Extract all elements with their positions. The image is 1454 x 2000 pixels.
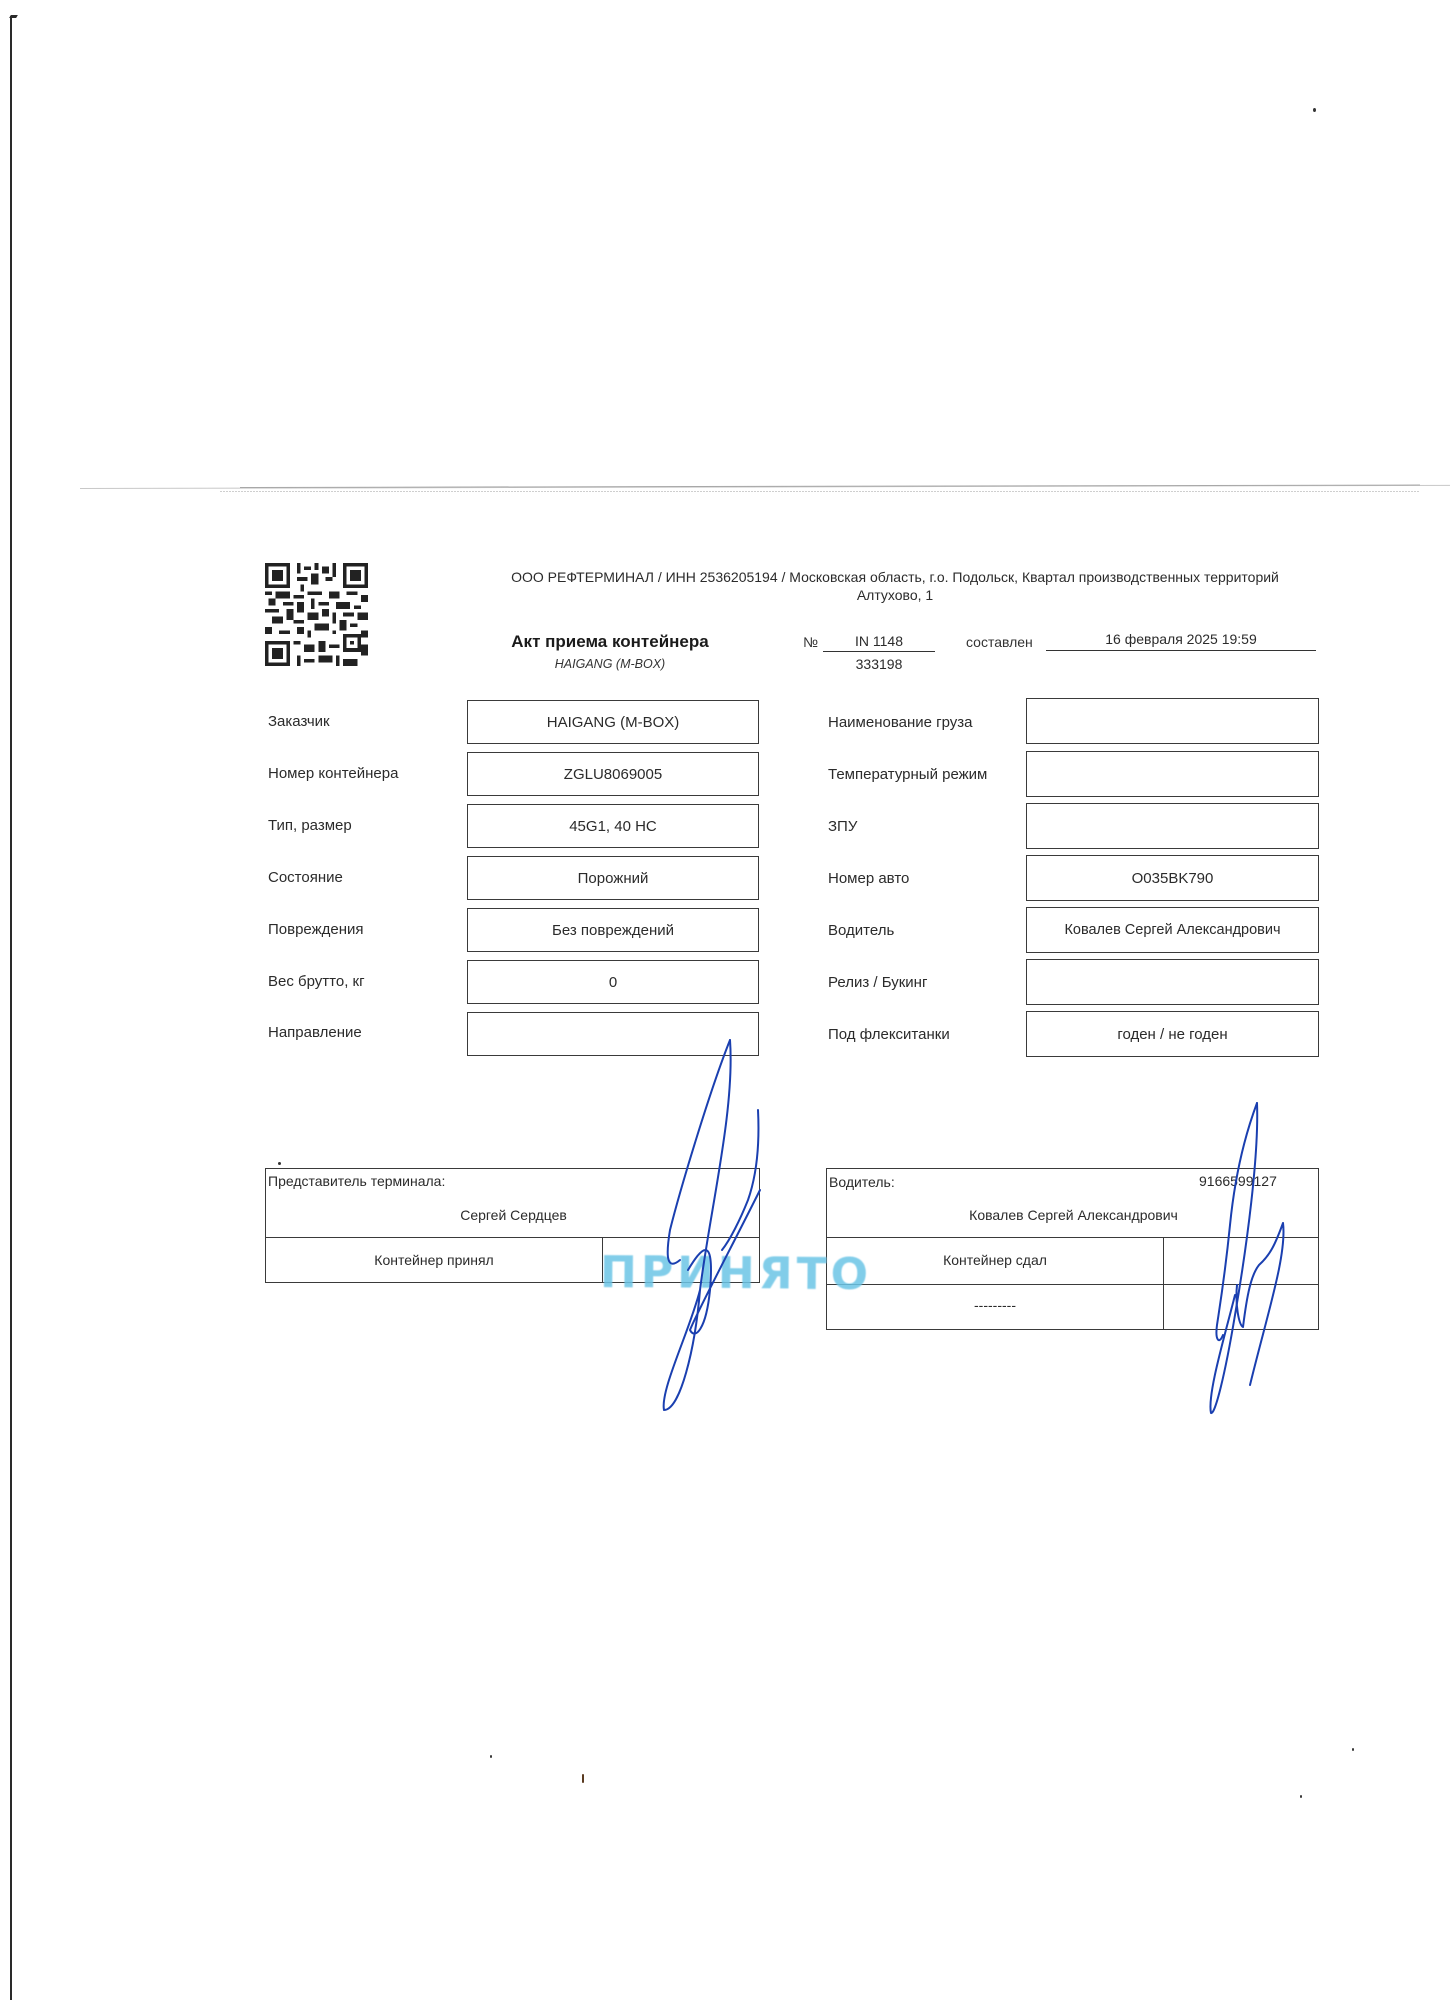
driver-extra-row: --------- xyxy=(827,1284,1318,1329)
organization-header: ООО РЕФТЕРМИНАЛ / ИНН 2536205194 / Моско… xyxy=(455,568,1335,604)
field-value-direction xyxy=(467,1012,759,1056)
cell-divider xyxy=(1163,1285,1164,1329)
field-value-temperature xyxy=(1026,751,1319,797)
field-label-seal: ЗПУ xyxy=(828,818,857,835)
driver-action-label: Контейнер сдал xyxy=(827,1252,1163,1268)
terminal-representative-name: Сергей Сердцев xyxy=(266,1207,761,1223)
field-value-damage: Без повреждений xyxy=(467,908,759,952)
document-subtitle: HAIGANG (M-BOX) xyxy=(460,657,760,671)
driver-signature-block: Водитель: 9166599127 Ковалев Сергей Алек… xyxy=(826,1168,1319,1330)
field-value-container-number: ZGLU8069005 xyxy=(467,752,759,796)
field-label-gross-weight: Вес брутто, кг xyxy=(268,973,365,990)
driver-name: Ковалев Сергей Александрович xyxy=(827,1207,1320,1223)
field-label-customer: Заказчик xyxy=(268,713,330,730)
field-label-vehicle-number: Номер авто xyxy=(828,870,909,887)
field-label-container-number: Номер контейнера xyxy=(268,765,398,782)
fold-line-divider xyxy=(80,484,1450,490)
document-number-sub: 333198 xyxy=(823,656,935,672)
field-label-flexitank: Под флекситанки xyxy=(828,1026,950,1043)
field-value-flexitank: годен / не годен xyxy=(1026,1011,1319,1057)
accepted-stamp: ПРИНЯТО xyxy=(600,1247,872,1300)
scan-speck xyxy=(1352,1748,1354,1751)
driver-role-label: Водитель: xyxy=(829,1174,895,1190)
driver-phone: 9166599127 xyxy=(1199,1173,1277,1189)
scan-speck xyxy=(1300,1795,1302,1798)
field-value-type-size: 45G1, 40 HC xyxy=(467,804,759,848)
driver-action-row: Контейнер сдал xyxy=(827,1237,1318,1284)
compiled-label: составлен xyxy=(966,634,1033,650)
scan-speck xyxy=(278,1162,281,1165)
qr-code-icon xyxy=(265,563,368,666)
field-value-gross-weight: 0 xyxy=(467,960,759,1004)
field-label-type-size: Тип, размер xyxy=(268,817,352,834)
terminal-role-label: Представитель терминала: xyxy=(268,1173,445,1189)
field-value-release-booking xyxy=(1026,959,1319,1005)
field-label-driver: Водитель xyxy=(828,922,894,939)
scan-speck xyxy=(582,1774,584,1783)
field-label-temperature: Температурный режим xyxy=(828,766,987,783)
field-value-customer: HAIGANG (M-BOX) xyxy=(467,700,759,744)
field-value-seal xyxy=(1026,803,1319,849)
scan-page-corner xyxy=(9,15,18,18)
field-label-release-booking: Релиз / Букинг xyxy=(828,974,927,991)
field-label-cargo-name: Наименование груза xyxy=(828,714,973,731)
field-value-vehicle-number: O035BK790 xyxy=(1026,855,1319,901)
document-number: IN 1148 xyxy=(823,633,935,652)
field-value-condition: Порожний xyxy=(467,856,759,900)
scan-speck xyxy=(1313,108,1316,112)
field-value-cargo-name xyxy=(1026,698,1319,744)
field-label-damage: Повреждения xyxy=(268,921,364,938)
organization-address: Алтухово, 1 xyxy=(455,586,1335,604)
field-label-direction: Направление xyxy=(268,1024,362,1041)
number-label: № xyxy=(803,634,818,650)
terminal-action-label: Контейнер принял xyxy=(266,1252,602,1268)
cell-divider xyxy=(1163,1238,1164,1284)
scan-speck xyxy=(490,1755,492,1758)
compiled-date: 16 февраля 2025 19:59 xyxy=(1046,631,1316,651)
field-value-driver: Ковалев Сергей Александрович xyxy=(1026,907,1319,953)
document-title: Акт приема контейнера xyxy=(460,632,760,652)
driver-extra-value: --------- xyxy=(827,1297,1163,1313)
scan-page-edge xyxy=(10,16,12,2000)
field-label-condition: Состояние xyxy=(268,869,343,886)
organization-line: ООО РЕФТЕРМИНАЛ / ИНН 2536205194 / Моско… xyxy=(455,568,1335,586)
